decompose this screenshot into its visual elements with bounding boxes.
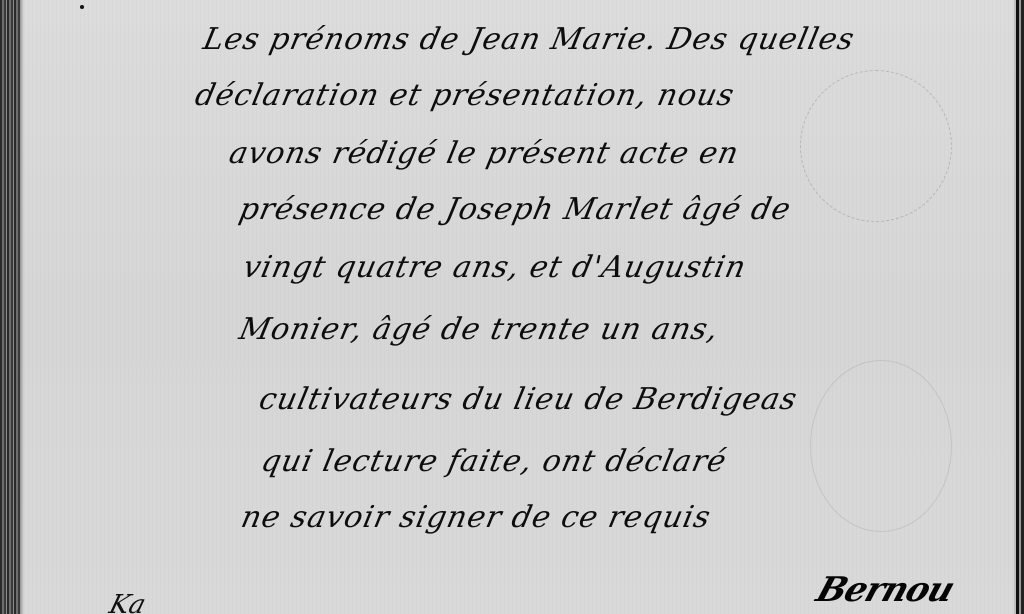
page-binding-edge (0, 0, 20, 614)
handwritten-line-8: qui lecture faite, ont déclaré (258, 444, 730, 479)
handwritten-line-4: présence de Joseph Marlet âgé de (236, 192, 794, 227)
handwritten-line-3: avons rédigé le présent acte en (226, 136, 742, 171)
handwritten-line-1: Les prénoms de Jean Marie. Des quelles (200, 22, 858, 57)
partial-text-bottom: Ka (106, 590, 149, 614)
handwritten-line-6: Monier, âgé de trente un ans, (236, 312, 722, 347)
faint-seal-stamp (800, 70, 952, 222)
handwritten-line-7: cultivateurs du lieu de Berdigeas (256, 382, 801, 417)
ink-speck (80, 5, 84, 9)
handwritten-line-2: déclaration et présentation, nous (192, 78, 738, 113)
page-right-border (1014, 0, 1024, 614)
handwritten-line-9: ne savoir signer de ce requis (238, 500, 714, 535)
faint-seal-stamp-lower (810, 360, 952, 532)
signature: Bernou (812, 570, 959, 610)
document-page: Les prénoms de Jean Marie. Des quelles d… (0, 0, 1024, 614)
handwritten-line-5: vingt quatre ans, et d'Augustin (240, 250, 750, 285)
